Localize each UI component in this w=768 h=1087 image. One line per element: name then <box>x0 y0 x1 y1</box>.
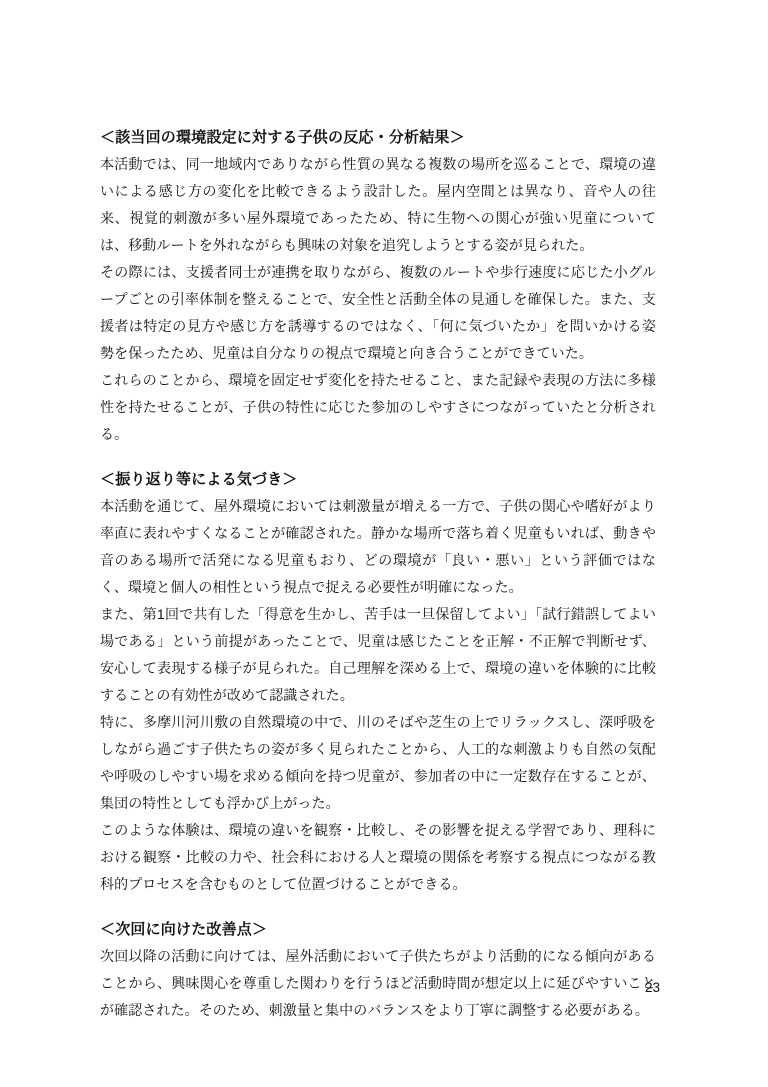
section-child-reaction-analysis: ＜該当回の環境設定に対する子供の反応・分析結果＞ 本活動では、同一地域内でありな… <box>100 124 656 448</box>
paragraph: このような体験は、環境の違いを観察・比較し、その影響を捉える学習であり、理科にお… <box>100 817 656 898</box>
section-heading: ＜該当回の環境設定に対する子供の反応・分析結果＞ <box>100 124 656 151</box>
page-number: 23 <box>645 980 660 995</box>
section-next-improvements: ＜次回に向けた改善点＞ 次回以降の活動に向けては、屋外活動において子供たちがより… <box>100 916 656 1024</box>
paragraph: 本活動では、同一地域内でありながら性質の異なる複数の場所を巡ることで、環境の違い… <box>100 151 656 259</box>
section-reflection-findings: ＜振り返り等による気づき＞ 本活動を通じて、屋外環境においては刺激量が増える一方… <box>100 466 656 898</box>
paragraph: 特に、多摩川河川敷の自然環境の中で、川のそばや芝生の上でリラックスし、深呼吸をし… <box>100 709 656 817</box>
document-content: ＜該当回の環境設定に対する子供の反応・分析結果＞ 本活動では、同一地域内でありな… <box>100 124 656 1024</box>
page-footer: 23 <box>100 979 660 997</box>
paragraph: その際には、支援者同士が連携を取りながら、複数のルートや歩行速度に応じた小グルー… <box>100 259 656 367</box>
document-page: ＜該当回の環境設定に対する子供の反応・分析結果＞ 本活動では、同一地域内でありな… <box>0 0 768 1087</box>
paragraph: また、第1回で共有した「得意を生かし、苦手は一旦保留してよい」「試行錯誤してよい… <box>100 601 656 709</box>
section-heading: ＜次回に向けた改善点＞ <box>100 916 656 943</box>
paragraph: 本活動を通じて、屋外環境においては刺激量が増える一方で、子供の関心や嗜好がより率… <box>100 493 656 601</box>
paragraph: これらのことから、環境を固定せず変化を持たせること、また記録や表現の方法に多様性… <box>100 367 656 448</box>
section-heading: ＜振り返り等による気づき＞ <box>100 466 656 493</box>
